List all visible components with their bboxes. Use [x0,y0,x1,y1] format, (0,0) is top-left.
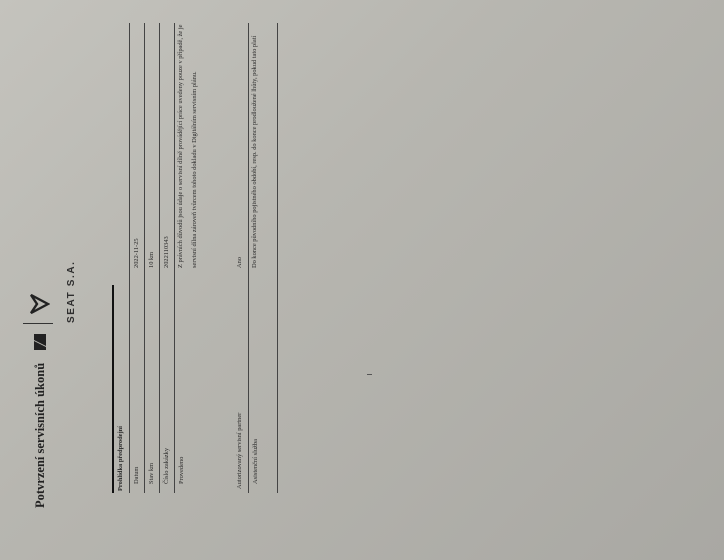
extra-value-partner: Ano [236,257,243,268]
row-label-provedeno: Provedeno [178,457,185,484]
row-label-cislo-zakazky: Číslo zakázky [163,448,170,484]
row-label-datum: Datum [133,467,140,484]
section-heading: Prohlídka předprodejní [117,426,124,491]
row-value-stav-km: 10 km [148,252,155,268]
brand-name: SEAT S.A. [66,260,77,323]
row-divider [159,23,160,493]
row-value-provedeno: Z právních důvodů jsou údaje o servisní … [174,6,202,268]
logo-separator [23,323,53,324]
section-bottom-rule [277,23,278,493]
document-page: SEAT S.A. Potvrzení servisních úkonů Pro… [0,0,724,560]
row-divider [129,23,130,493]
row-divider [144,23,145,493]
extra-value-asistence: Do konce původního pojistného období, re… [248,6,262,268]
section-top-rule [112,285,114,493]
extra-label-asistence: Asistenční služba [252,439,259,484]
row-value-datum: 2022-11-25 [133,238,140,268]
page-number-mark [367,374,372,375]
extra-label-partner: Autorizovaný servisní partner [236,413,243,489]
row-label-stav-km: Stav km [148,463,155,484]
cupra-logo-icon [28,294,50,314]
seat-logo-icon [30,332,50,352]
row-value-cislo-zakazky: 2022110343 [163,236,170,268]
page-title: Potvrzení servisních úkonů [33,363,48,508]
